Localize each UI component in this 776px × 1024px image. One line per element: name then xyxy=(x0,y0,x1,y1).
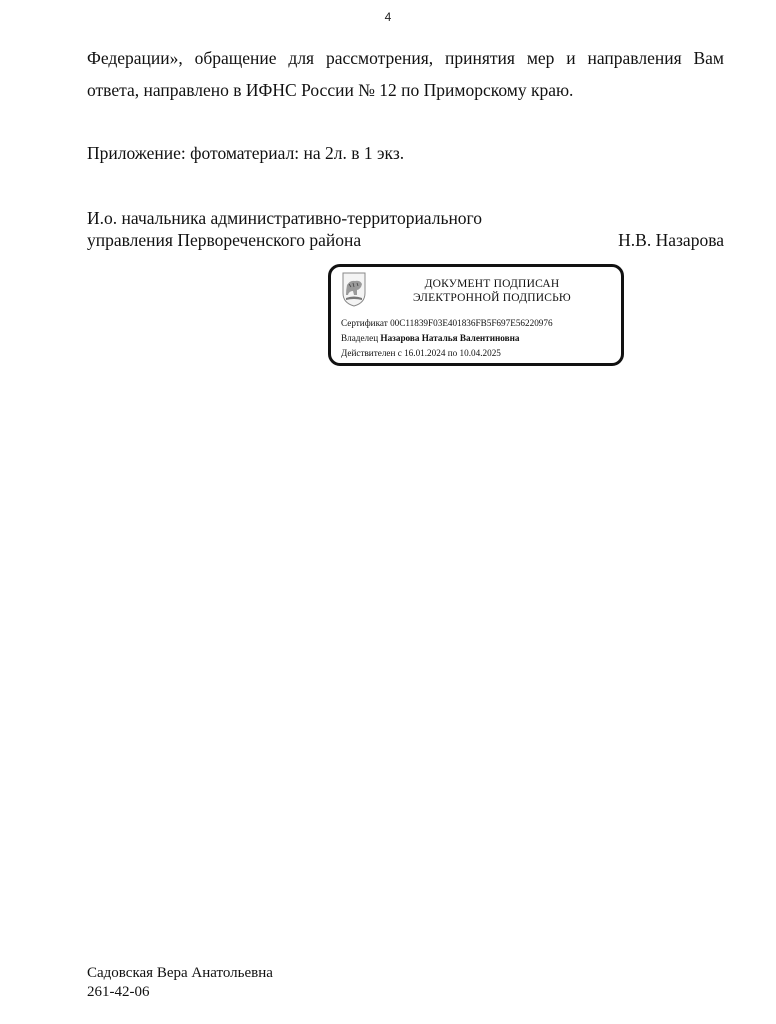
valid-to-label: по xyxy=(448,348,458,358)
paragraph-line: ответа, направлено в ИФНС России № 12 по… xyxy=(87,74,724,106)
owner-value: Назарова Наталья Валентиновна xyxy=(380,333,519,343)
body-paragraph: Федерации», обращение для рассмотрения, … xyxy=(87,42,724,106)
executor-name: Садовская Вера Анатольевна xyxy=(87,964,273,983)
stamp-title-line: ДОКУМЕНТ ПОДПИСАН xyxy=(371,277,613,291)
signer-name: Н.В. Назарова xyxy=(618,229,724,251)
executor-info: Садовская Вера Анатольевна 261-42-06 xyxy=(87,964,273,1002)
signer-position: И.о. начальника административно-территор… xyxy=(87,207,482,251)
coat-of-arms-tiger-icon xyxy=(341,271,367,307)
validity-row: Действителен с 16.01.2024 по 10.04.2025 xyxy=(341,347,501,359)
electronic-signature-stamp: ДОКУМЕНТ ПОДПИСАН ЭЛЕКТРОННОЙ ПОДПИСЬЮ С… xyxy=(328,264,624,366)
owner-row: Владелец Назарова Наталья Валентиновна xyxy=(341,332,520,344)
stamp-title: ДОКУМЕНТ ПОДПИСАН ЭЛЕКТРОННОЙ ПОДПИСЬЮ xyxy=(371,277,613,305)
certificate-label: Сертификат xyxy=(341,318,388,328)
executor-phone: 261-42-06 xyxy=(87,983,273,1002)
owner-label: Владелец xyxy=(341,333,378,343)
paragraph-line: Федерации», обращение для рассмотрения, … xyxy=(87,42,724,74)
certificate-row: Сертификат 00C11839F03E401836FB5F697E562… xyxy=(341,317,553,329)
page-number: 4 xyxy=(0,10,776,24)
stamp-title-line: ЭЛЕКТРОННОЙ ПОДПИСЬЮ xyxy=(371,291,613,305)
certificate-value: 00C11839F03E401836FB5F697E56220976 xyxy=(390,318,553,328)
valid-label: Действителен с xyxy=(341,348,402,358)
valid-from: 16.01.2024 xyxy=(404,348,445,358)
attachment-note: Приложение: фотоматериал: на 2л. в 1 экз… xyxy=(87,143,404,164)
signer-position-line: И.о. начальника административно-территор… xyxy=(87,207,482,229)
signer-position-line: управления Первореченского района xyxy=(87,229,482,251)
valid-to: 10.04.2025 xyxy=(460,348,501,358)
